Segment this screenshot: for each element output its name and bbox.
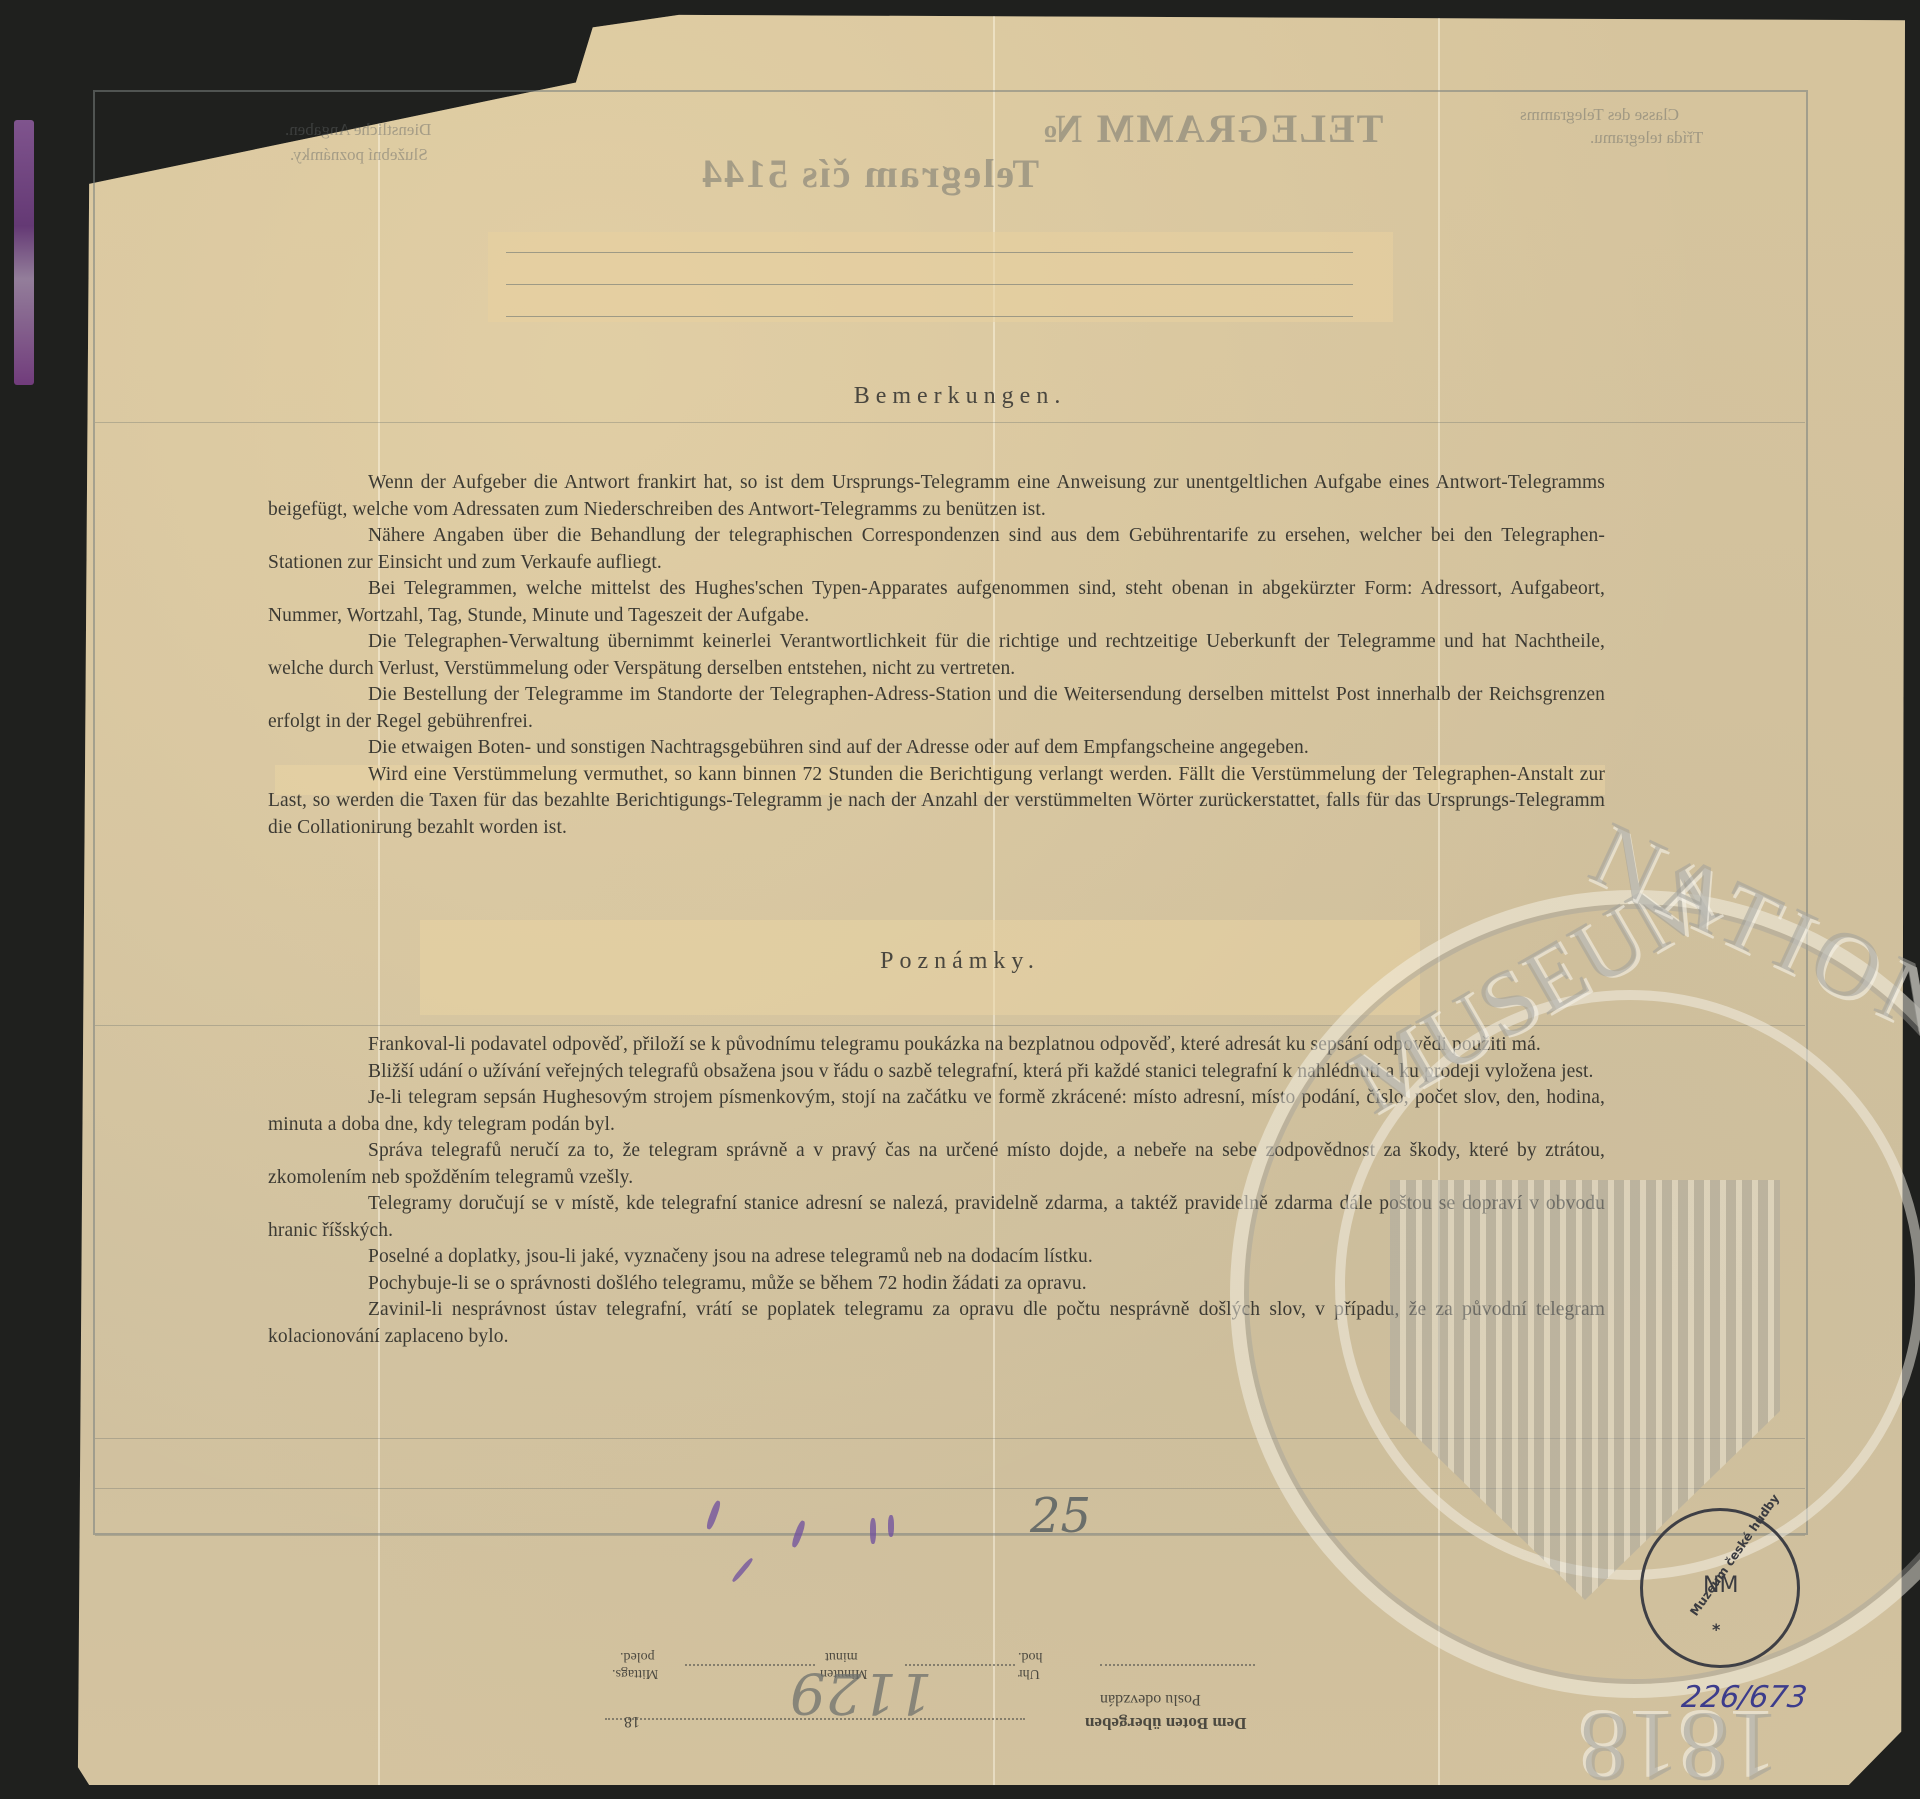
german-paragraph-6: Die etwaigen Boten- und sonstigen Nachtr…: [268, 735, 1605, 762]
receipt-line: [1100, 1664, 1255, 1666]
receipt-label-de: Dem Boten übergeben: [1085, 1713, 1246, 1733]
ghost-left-label-2: Služební poznámky.: [290, 145, 428, 165]
ghost-right-label-1: Classe des Telegramms: [1520, 105, 1679, 125]
rule-line: [95, 422, 1805, 423]
ghost-left-label-1: Dienstliche Angaben.: [285, 120, 431, 140]
german-paragraph-3: Bei Telegrammen, welche mittelst des Hug…: [268, 576, 1605, 629]
german-remarks: Wenn der Aufgeber die Antwort frankirt h…: [268, 470, 1605, 841]
german-paragraph-5: Die Bestellung der Telegramme im Standor…: [268, 682, 1605, 735]
german-paragraph-2: Nähere Angaben über die Behandlung der t…: [268, 523, 1605, 576]
receipt-midday-cs: poled.: [620, 1648, 655, 1664]
pencil-number: 25: [1030, 1488, 1091, 1544]
rule-line: [506, 316, 1353, 317]
german-paragraph-4: Die Telegraphen-Verwaltung übernimmt kei…: [268, 629, 1605, 682]
ghost-title-line2: Telegram čís 5144: [700, 150, 1039, 197]
ghost-title-line1: TELEGRAMM №: [1040, 105, 1383, 152]
ghost-right-label-2: Třída telegramu.: [1590, 128, 1703, 148]
german-paragraph-1: Wenn der Aufgeber die Antwort frankirt h…: [268, 470, 1605, 523]
stamp-star-icon: *: [1712, 1620, 1720, 1639]
address-field-ghost: [488, 232, 1393, 322]
purple-ink-mark: [870, 1518, 876, 1544]
german-paragraph-7: Wird eine Verstümmelung vermuthet, so ka…: [268, 762, 1605, 842]
rule-line: [506, 252, 1353, 253]
receipt-year-prefix: 18: [624, 1712, 640, 1730]
purple-ink-stain: [14, 120, 34, 385]
receipt-midday-de: Mittags.: [612, 1665, 658, 1681]
receipt-label-cs: Poslu odevzdán: [1100, 1690, 1201, 1708]
receipt-hour-cs: hod.: [1018, 1648, 1043, 1664]
purple-ink-mark: [888, 1515, 894, 1537]
stamp-monogram: NM: [1703, 1573, 1738, 1598]
receipt-hour-de: Uhr: [1018, 1665, 1040, 1681]
pencil-scrawl: 1129: [790, 1660, 933, 1725]
rule-line: [506, 284, 1353, 285]
accession-number: 226/673: [1680, 1680, 1810, 1715]
heading-bemerkungen: Bemerkungen.: [0, 383, 1920, 410]
